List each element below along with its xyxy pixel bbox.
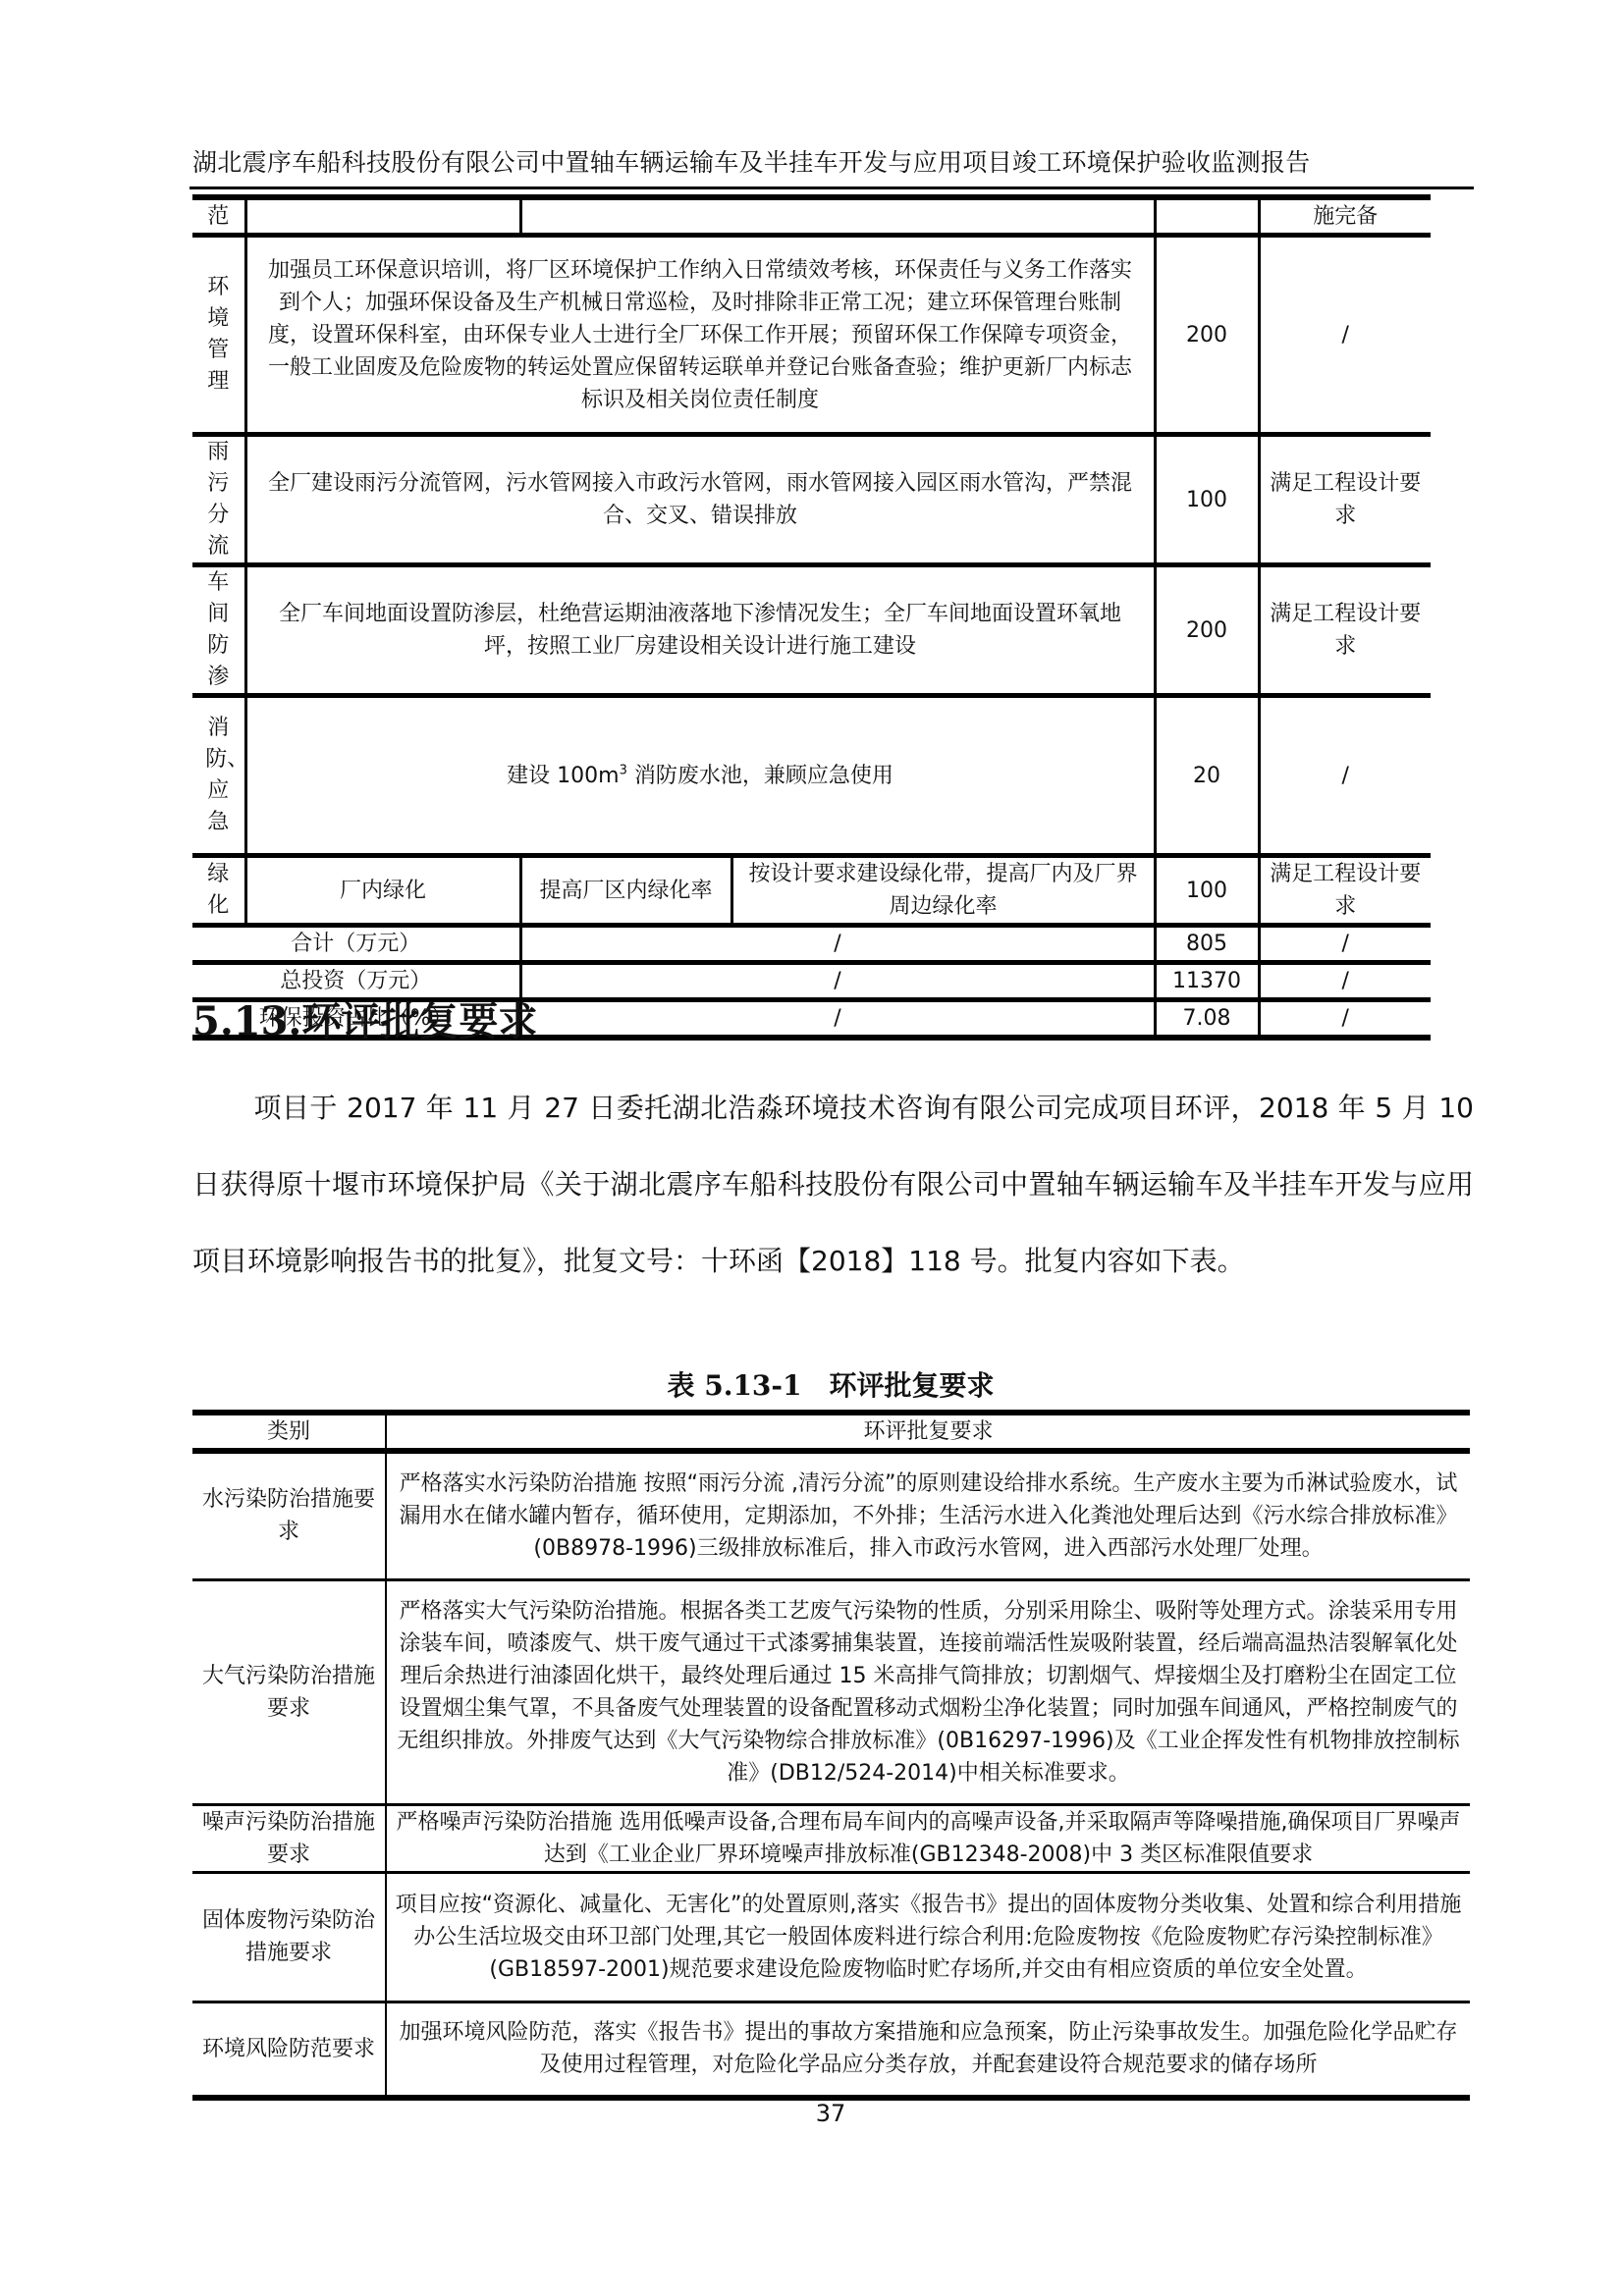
requirement-cell: 严格落实水污染防治措施 按照“雨污分流 ,清污分流”的原则建设给排水系统。生产废… — [386, 1451, 1470, 1579]
category-cell: 固体废物污染防治措施要求 — [192, 1872, 386, 2002]
status-cell: / — [1259, 236, 1431, 435]
requirement-cell: 项目应按“资源化、减量化、无害化”的处置原则,落实《报告书》提出的固体废物分类收… — [386, 1872, 1470, 2002]
status-cell: / — [1259, 696, 1431, 856]
table-row: 范 施完备 — [192, 197, 1431, 236]
goal-cell: 提高厂区内绿化率 — [520, 856, 731, 926]
category-cell: 大气污染防治措施要求 — [192, 1579, 386, 1804]
category-cell: 雨污分流 — [192, 435, 245, 565]
table-row: 绿化 厂内绿化 提高厂区内绿化率 按设计要求建设绿化带，提高厂内及厂界周边绿化率… — [192, 856, 1431, 926]
header-requirement: 环评批复要求 — [386, 1413, 1470, 1451]
table-row: 水污染防治措施要求 严格落实水污染防治措施 按照“雨污分流 ,清污分流”的原则建… — [192, 1451, 1470, 1579]
requirement-cell: 严格落实大气污染防治措施。根据各类工艺废气污染物的性质，分别采用除尘、吸附等处理… — [386, 1579, 1470, 1804]
category-cell: 噪声污染防治措施要求 — [192, 1804, 386, 1872]
status-cell: 满足工程设计要求 — [1259, 435, 1431, 565]
total-status: / — [1259, 926, 1431, 963]
table-row: 环境风险防范要求 加强环境风险防范，落实《报告书》提出的事故方案措施和应急预案，… — [192, 2002, 1470, 2098]
total-amount: 805 — [1155, 926, 1259, 963]
status-cell: 满足工程设计要求 — [1259, 565, 1431, 696]
category-cell: 水污染防治措施要求 — [192, 1451, 386, 1579]
total-row: 合计（万元） / 805 / — [192, 926, 1431, 963]
category-cell: 环境风险防范要求 — [192, 2002, 386, 2098]
table-row: 车间防渗 全厂车间地面设置防渗层，杜绝营运期油液落地下渗情况发生；全厂车间地面设… — [192, 565, 1431, 696]
total-label: 总投资（万元） — [192, 963, 520, 1000]
amount-cell: 200 — [1155, 236, 1259, 435]
category-cell: 绿化 — [192, 856, 245, 926]
total-mid: / — [520, 926, 1155, 963]
empty-cell — [1155, 197, 1259, 236]
content-cell: 加强员工环保意识培训，将厂区环境保护工作纳入日常绩效考核，环保责任与义务工作落实… — [245, 236, 1155, 435]
content-cell: 建设 100m3 消防废水池，兼顾应急使用 — [245, 696, 1155, 856]
table-row: 噪声污染防治措施要求 严格噪声污染防治措施 选用低噪声设备,合理布局车间内的高噪… — [192, 1804, 1470, 1872]
measure-cell: 按设计要求建设绿化带，提高厂内及厂界周边绿化率 — [731, 856, 1155, 926]
table-row: 消防、应急 建设 100m3 消防废水池，兼顾应急使用 20 / — [192, 696, 1431, 856]
body-paragraph: 项目于 2017 年 11 月 27 日委托湖北浩淼环境技术咨询有限公司完成项目… — [192, 1070, 1474, 1300]
total-mid: / — [520, 963, 1155, 1000]
investment-table: 范 施完备 环境管理 加强员工环保意识培训，将厂区环境保护工作纳入日常绩效考核，… — [192, 194, 1431, 1041]
amount-cell: 100 — [1155, 435, 1259, 565]
content-cell: 全厂建设雨污分流管网，污水管网接入市政污水管网，雨水管网接入园区雨水管沟，严禁混… — [245, 435, 1155, 565]
table-caption: 表 5.13-1 环评批复要求 — [192, 1366, 1469, 1406]
page-number: 37 — [192, 2099, 1469, 2128]
header-rule — [189, 187, 1474, 189]
table-row: 雨污分流 全厂建设雨污分流管网，污水管网接入市政污水管网，雨水管网接入园区雨水管… — [192, 435, 1431, 565]
page-header: 湖北震序车船科技股份有限公司中置轴车辆运输车及半挂车开发与应用项目竣工环境保护验… — [192, 147, 1469, 179]
category-cell: 车间防渗 — [192, 565, 245, 696]
category-cell: 环境管理 — [192, 236, 245, 435]
total-amount: 7.08 — [1155, 1000, 1259, 1039]
table-header-row: 类别 环评批复要求 — [192, 1413, 1470, 1451]
status-cell: 满足工程设计要求 — [1259, 856, 1431, 926]
table-row: 环境管理 加强员工环保意识培训，将厂区环境保护工作纳入日常绩效考核，环保责任与义… — [192, 236, 1431, 435]
total-amount: 11370 — [1155, 963, 1259, 1000]
status-cell: 施完备 — [1259, 197, 1431, 236]
requirement-cell: 严格噪声污染防治措施 选用低噪声设备,合理布局车间内的高噪声设备,并采取隔声等降… — [386, 1804, 1470, 1872]
item-cell: 厂内绿化 — [245, 856, 520, 926]
total-mid: / — [520, 1000, 1155, 1039]
content-cell: 全厂车间地面设置防渗层，杜绝营运期油液落地下渗情况发生；全厂车间地面设置环氧地坪… — [245, 565, 1155, 696]
total-row: 总投资（万元） / 11370 / — [192, 963, 1431, 1000]
amount-cell: 20 — [1155, 696, 1259, 856]
total-status: / — [1259, 963, 1431, 1000]
section-title: 5.13.环评批复要求 — [192, 996, 537, 1047]
total-status: / — [1259, 1000, 1431, 1039]
amount-cell: 200 — [1155, 565, 1259, 696]
header-category: 类别 — [192, 1413, 386, 1451]
table-row: 大气污染防治措施要求 严格落实大气污染防治措施。根据各类工艺废气污染物的性质，分… — [192, 1579, 1470, 1804]
empty-cell — [245, 197, 520, 236]
requirement-cell: 加强环境风险防范，落实《报告书》提出的事故方案措施和应急预案，防止污染事故发生。… — [386, 2002, 1470, 2098]
empty-cell — [520, 197, 1155, 236]
amount-cell: 100 — [1155, 856, 1259, 926]
category-cell: 范 — [192, 197, 245, 236]
table-row: 固体废物污染防治措施要求 项目应按“资源化、减量化、无害化”的处置原则,落实《报… — [192, 1872, 1470, 2002]
category-cell: 消防、应急 — [192, 696, 245, 856]
approval-table: 类别 环评批复要求 水污染防治措施要求 严格落实水污染防治措施 按照“雨污分流 … — [192, 1410, 1470, 2101]
total-label: 合计（万元） — [192, 926, 520, 963]
